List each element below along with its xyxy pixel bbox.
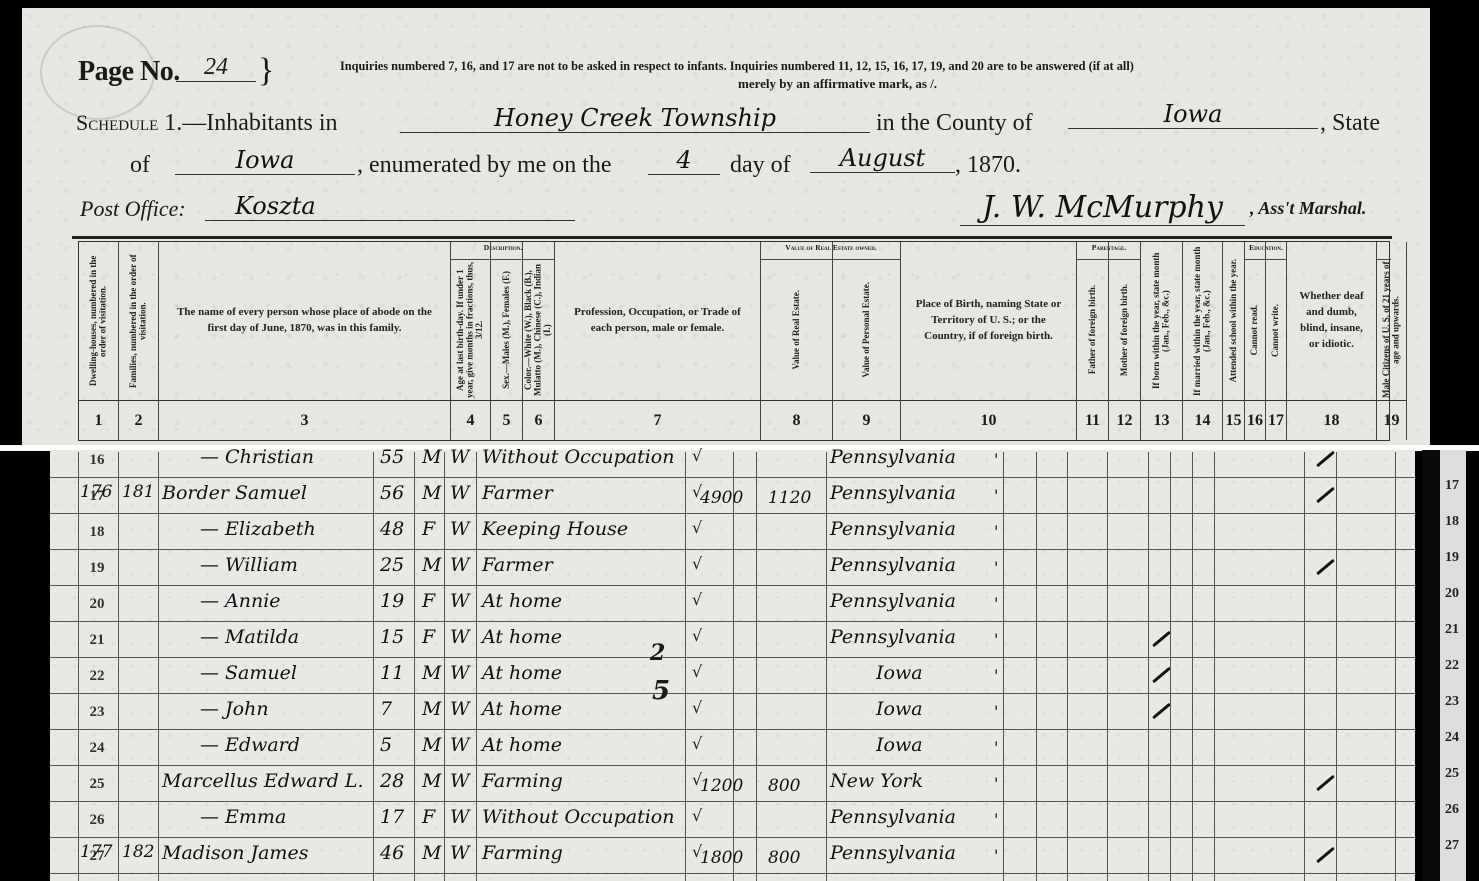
citizen-mark-icon [1316, 487, 1335, 503]
occupation: At home [482, 662, 562, 692]
grid-line [826, 452, 827, 881]
col-age: Age at last birth-day. If under 1 year, … [451, 242, 491, 440]
birthplace: Iowa [876, 662, 923, 692]
col-17-number: 17 [1266, 400, 1286, 440]
personal-estate-value: 800 [768, 848, 800, 878]
age: 7 [380, 698, 392, 728]
color: W [450, 590, 470, 620]
margin-annotation: 5 [652, 676, 670, 706]
col-7-number: 7 [555, 400, 760, 440]
sex: M [422, 554, 441, 584]
color: W [450, 734, 470, 764]
col-3-number: 3 [159, 400, 450, 440]
tally-mark: ' [994, 846, 998, 865]
person-name: — Annie [200, 590, 281, 620]
birthplace: Iowa [876, 734, 923, 764]
col-14-number: 14 [1183, 400, 1222, 440]
color: W [450, 446, 470, 476]
age: 56 [380, 482, 404, 512]
line-number: 16 [82, 452, 112, 469]
check-mark-icon: √ [692, 662, 702, 681]
sex: M [422, 734, 441, 764]
color: W [450, 554, 470, 584]
col-color: Color.—White (W.), Black (B.), Mulatto (… [523, 242, 555, 440]
age: 25 [380, 554, 404, 584]
occupation: Farming [482, 842, 563, 872]
line-number: 18 [82, 524, 112, 541]
col-2-number: 2 [119, 400, 158, 440]
age: 46 [380, 842, 404, 872]
school-mark-icon [1152, 703, 1171, 719]
col-5-label: Sex.—Males (M.), Females (F.) [502, 271, 511, 389]
col-disability: Whether deaf and dumb, blind, insane, or… [1287, 242, 1377, 440]
grid-line [476, 452, 477, 881]
state-label: , State [1320, 110, 1380, 137]
col-11-label: Father of foreign birth. [1088, 285, 1097, 374]
birthplace: Pennsylvania [830, 842, 956, 872]
col-4-number: 4 [451, 400, 490, 440]
color: W [450, 482, 470, 512]
school-mark-icon [1152, 631, 1171, 647]
occupation: Farmer [482, 482, 553, 512]
col-13-label: If born within the year, state month (Ja… [1152, 246, 1171, 396]
marshal-label: , Ass't Marshal. [1250, 198, 1366, 219]
check-mark-icon: √ [692, 446, 702, 465]
col-6-number: 6 [523, 400, 554, 440]
color: W [450, 770, 470, 800]
grid-line [414, 452, 415, 881]
schedule-prefix: Schedule [76, 110, 158, 135]
col-birthplace: Place of Birth, naming State or Territor… [901, 242, 1077, 440]
occupation: Without Occupation [482, 806, 674, 836]
line-number: 19 [82, 560, 112, 577]
family-number: 182 [122, 842, 154, 872]
grid-line [685, 452, 686, 881]
tally-mark: ' [994, 738, 998, 757]
person-name: — William [200, 554, 298, 584]
adjacent-line-number: 17 [1445, 452, 1465, 488]
col-8-number: 8 [761, 400, 832, 440]
grid-line [756, 452, 757, 881]
grid-line [733, 452, 734, 881]
school-mark-icon [1152, 667, 1171, 683]
person-name: — John [200, 698, 269, 728]
col-sex: Sex.—Males (M.), Females (F.) 5 [491, 242, 523, 440]
birthplace: Pennsylvania [830, 554, 956, 584]
occupation: Farming [482, 770, 563, 800]
occupation: At home [482, 590, 562, 620]
grid-line [1107, 452, 1108, 881]
birthplace: Pennsylvania [830, 482, 956, 512]
post-office-label: Post Office: [80, 196, 186, 222]
enumerated-label: , enumerated by me on the [357, 152, 612, 179]
col-19-label: Male Citizens of U. S. of 21 years of ag… [1382, 260, 1401, 400]
person-name: Marcellus Edward L. [162, 770, 364, 800]
age: 19 [380, 590, 404, 620]
col-9-number: 9 [833, 400, 900, 440]
line-number: 20 [82, 596, 112, 613]
line-number: 22 [82, 668, 112, 685]
dwelling-number: 177 [80, 842, 112, 872]
sex: M [422, 842, 441, 872]
line-number: 26 [82, 812, 112, 829]
occupation: At home [482, 626, 562, 656]
sex: M [422, 446, 441, 476]
sex: F [422, 590, 435, 620]
grid-line [1304, 452, 1305, 881]
col-15-label: Attended school within the year. [1229, 259, 1238, 382]
col-married-within-year: If married within the year, state month … [1183, 242, 1223, 440]
color: W [450, 806, 470, 836]
col-mother-foreign: Mother of foreign birth. 12 [1109, 242, 1141, 440]
color: W [450, 518, 470, 548]
age: 11 [380, 662, 404, 692]
col-10-label: Place of Birth, naming State or Territor… [913, 297, 1064, 345]
col-dwelling: Dwelling-houses, numbered in the order o… [79, 242, 119, 440]
col-4-label: Age at last birth-day. If under 1 year, … [456, 260, 484, 400]
check-mark-icon: √ [692, 734, 702, 753]
occupation: At home [482, 698, 562, 728]
col-2-label: Families, numbered in the order of visit… [129, 246, 148, 396]
col-personal-estate: Value of Personal Estate. 9 [833, 242, 901, 440]
of-label: of [130, 152, 150, 179]
col-born-within-year: If born within the year, state month (Ja… [1141, 242, 1183, 440]
birthplace: Pennsylvania [830, 626, 956, 656]
col-13-number: 13 [1141, 400, 1182, 440]
inquiry-note: Inquiries numbered 7, 16, and 17 are not… [340, 58, 1134, 74]
day-of-label: day of [730, 152, 791, 179]
day-field: 4 [648, 146, 720, 175]
col-5-number: 5 [491, 400, 522, 440]
color: W [450, 842, 470, 872]
sex: F [422, 626, 435, 656]
line-number: 24 [82, 740, 112, 757]
check-mark-icon: √ [692, 626, 702, 645]
grid-line [158, 452, 159, 881]
birthplace: Pennsylvania [830, 518, 956, 548]
col-cannot-read: Cannot read. 16 [1245, 242, 1266, 440]
post-office-field: Koszta [205, 192, 575, 221]
grid-line [1214, 452, 1215, 881]
year-label: , 1870. [955, 152, 1021, 179]
birthplace: Iowa [876, 698, 923, 728]
col-9-label: Value of Personal Estate. [862, 282, 871, 378]
adjacent-page-line-numbers: 1718192021222324252627 [1445, 452, 1465, 848]
person-name: Madison James [162, 842, 308, 872]
col-father-foreign: Father of foreign birth. 11 [1077, 242, 1109, 440]
column-headers: Dwelling-houses, numbered in the order o… [78, 241, 1390, 441]
grid-line [1336, 452, 1337, 881]
sex: F [422, 518, 435, 548]
citizen-mark-icon [1316, 847, 1335, 863]
birthplace: Pennsylvania [830, 590, 956, 620]
col-10-number: 10 [901, 400, 1076, 440]
grid-line [1192, 452, 1193, 881]
grid-line [373, 452, 374, 881]
check-mark-icon: √ [692, 698, 702, 717]
real-estate-value: 1800 [700, 848, 743, 878]
citizen-mark-icon [1316, 775, 1335, 791]
person-name: — Emma [200, 806, 286, 836]
birthplace: New York [830, 770, 923, 800]
grid-line [118, 452, 119, 881]
grid-line [1395, 452, 1396, 881]
sex: F [422, 806, 435, 836]
col-17-label: Cannot write. [1271, 304, 1280, 357]
tally-mark: ' [994, 450, 998, 469]
age: 17 [380, 806, 404, 836]
binding-shadow [1422, 450, 1440, 881]
col-18-label: Whether deaf and dumb, blind, insane, or… [1299, 289, 1364, 353]
person-name: Border Samuel [162, 482, 307, 512]
col-school: Attended school within the year. 15 [1223, 242, 1245, 440]
col-name: The name of every person whose place of … [159, 242, 451, 440]
township-field: Honey Creek Township [400, 104, 870, 133]
check-mark-icon: √ [692, 554, 702, 573]
col-12-number: 12 [1109, 400, 1140, 440]
tally-mark: ' [994, 630, 998, 649]
grid-line [1003, 452, 1004, 881]
age: 28 [380, 770, 404, 800]
grid-line [1170, 452, 1171, 881]
family-number: 181 [122, 482, 154, 512]
col-cannot-write: Cannot write. 17 [1266, 242, 1287, 440]
col-11-number: 11 [1077, 400, 1108, 440]
occupation: At home [482, 734, 562, 764]
col-1-number: 1 [79, 400, 118, 440]
county-label: in the County of [876, 110, 1033, 137]
age: 48 [380, 518, 404, 548]
col-16-label: Cannot read. [1250, 305, 1259, 355]
col-1-label: Dwelling-houses, numbered in the order o… [89, 246, 108, 396]
grid-line [1036, 452, 1037, 881]
col-18-number: 18 [1287, 400, 1376, 440]
tally-mark: ' [994, 702, 998, 721]
age: 55 [380, 446, 404, 476]
page-number: 24 [176, 54, 256, 82]
col-3-label: The name of every person whose place of … [171, 305, 438, 337]
sex: M [422, 662, 441, 692]
sex: M [422, 770, 441, 800]
col-8-label: Value of Real Estate. [792, 290, 801, 370]
color: W [450, 662, 470, 692]
person-name: — Elizabeth [200, 518, 316, 548]
schedule-label: Schedule 1.—Inhabitants in [76, 110, 338, 137]
color: W [450, 626, 470, 656]
check-mark-icon: √ [692, 590, 702, 609]
age: 15 [380, 626, 404, 656]
occupation: Without Occupation [482, 446, 674, 476]
col-real-estate: Value of Real Estate. 8 [761, 242, 833, 440]
col-male-citizens: Male Citizens of U. S. of 21 years of ag… [1377, 242, 1407, 440]
month-field: August [810, 144, 955, 173]
person-name: — Samuel [200, 662, 297, 692]
dwelling-number: 176 [80, 482, 112, 512]
state-field: Iowa [175, 146, 355, 175]
inquiry-note-cont: merely by an affirmative mark, as /. [738, 76, 937, 92]
schedule-text: 1.—Inhabitants in [158, 110, 337, 136]
line-number: 21 [82, 632, 112, 649]
col-14-label: If married within the year, state month … [1193, 246, 1212, 396]
tally-mark: ' [994, 486, 998, 505]
county-field: Iowa [1068, 100, 1318, 129]
tally-mark: ' [994, 522, 998, 541]
col-16-number: 16 [1245, 400, 1265, 440]
sex: M [422, 698, 441, 728]
tally-mark: ' [994, 594, 998, 613]
birthplace: Pennsylvania [830, 806, 956, 836]
col-12-label: Mother of foreign birth. [1120, 284, 1129, 376]
person-name: — Christian [200, 446, 314, 476]
check-mark-icon: √ [692, 518, 702, 537]
header-rule [72, 236, 1392, 239]
grid-line [444, 452, 445, 881]
col-15-number: 15 [1223, 400, 1244, 440]
occupation: Keeping House [482, 518, 628, 548]
citizen-mark-icon [1316, 451, 1335, 467]
birthplace: Pennsylvania [830, 446, 956, 476]
marshal-signature: J. W. McMurphy [960, 190, 1245, 226]
tally-mark: ' [994, 810, 998, 829]
col-7-label: Profession, Occupation, or Trade of each… [567, 305, 748, 337]
col-6-label: Color.—White (W.), Black (B.), Mulatto (… [524, 260, 552, 400]
brace: } [258, 52, 274, 90]
tally-mark: ' [994, 666, 998, 685]
margin-annotation: 2 [650, 640, 665, 666]
col-family: Families, numbered in the order of visit… [119, 242, 159, 440]
grid-line [78, 452, 79, 881]
citizen-mark-icon [1316, 559, 1335, 575]
line-number: 25 [82, 776, 112, 793]
grid-line [1148, 452, 1149, 881]
col-19-number: 19 [1377, 400, 1406, 440]
col-occupation: Profession, Occupation, or Trade of each… [555, 242, 761, 440]
check-mark-icon: √ [692, 806, 702, 825]
line-number: 23 [82, 704, 112, 721]
tally-mark: ' [994, 558, 998, 577]
page-number-label: Page No. [78, 56, 180, 88]
sex: M [422, 482, 441, 512]
person-name: — Matilda [200, 626, 299, 656]
person-name: — Edward [200, 734, 300, 764]
color: W [450, 698, 470, 728]
occupation: Farmer [482, 554, 553, 584]
age: 5 [380, 734, 392, 764]
tally-mark: ' [994, 774, 998, 793]
grid-line [1067, 452, 1068, 881]
